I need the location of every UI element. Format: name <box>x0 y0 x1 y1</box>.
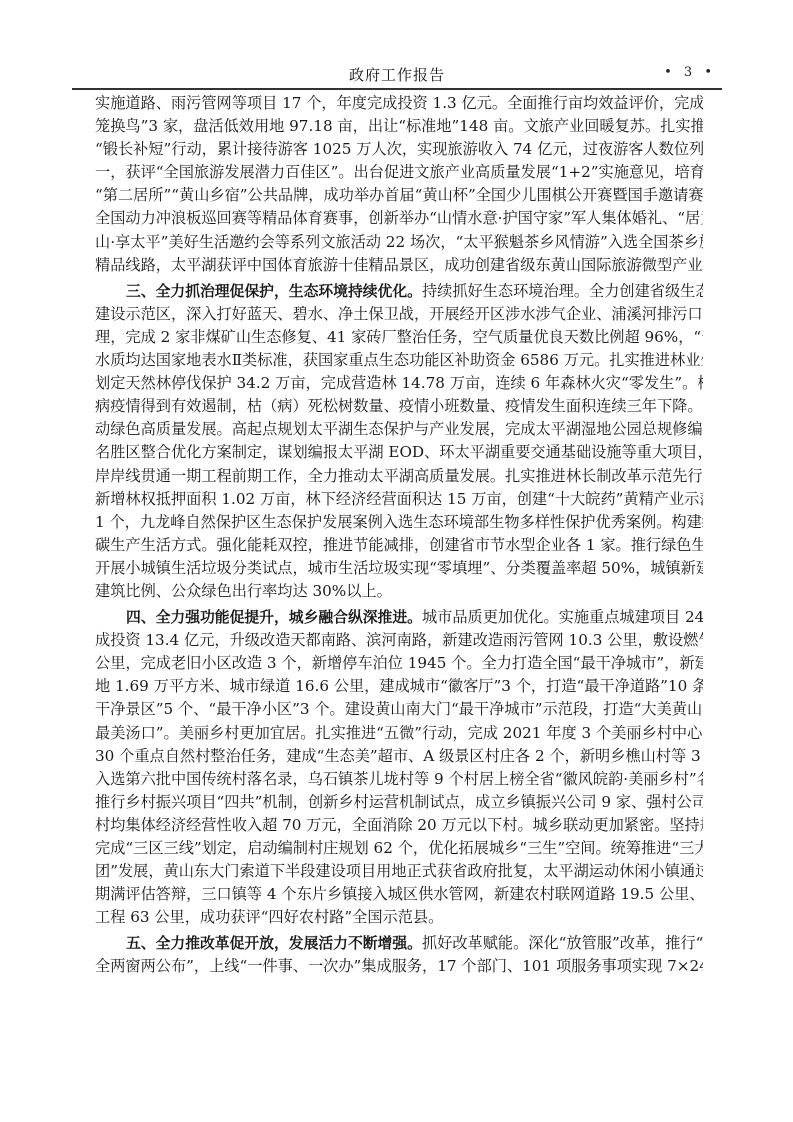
text-line: 1 个，九龙峰自然保护区生态保护发展案例入选生态环境部生物多样性保护优秀案例。构… <box>95 511 703 534</box>
text-line: 团”发展，黄山东大门索道下半段建设项目用地正式获省政府批复，太平湖运动休闲小镇通… <box>95 860 703 883</box>
paragraph-tourism-continuation: 实施道路、雨污管网等项目 17 个，年度完成投资 1.3 亿元。全面推行亩均效益… <box>95 92 703 277</box>
text-line: 理，完成 2 家非煤矿山生态修复、41 家砖厂整治任务，空气质量优良天数比例超 … <box>95 326 703 349</box>
header-title: 政府工作报告 <box>72 64 722 85</box>
text-line: 地 1.69 万平方米、城市绿道 16.6 公里，建成城市“徽客厅”3 个，打造… <box>95 675 703 698</box>
text-line: 30 个重点自然村整治任务，建成“生态美”超市、A 级景区村庄各 2 个，新明乡… <box>95 745 703 768</box>
text-line: 干净景区”5 个、“最干净小区”3 个。建设黄山南大门“最干净城市”示范段，打造… <box>95 698 703 721</box>
text-line: 一，获评“全国旅游发展潜力百佳区”。出台促进文旅产业高质量发展“1+2”实施意见… <box>95 161 703 184</box>
text-run: 抓好改革赋能。深化“放管服”改革，推行“两 <box>422 934 703 952</box>
paragraph-section-5-reform: 五、全力推改革促开放，发展活力不断增强。抓好改革赋能。深化“放管服”改革，推行“… <box>95 932 703 978</box>
text-line: 岸岸线贯通一期工程前期工作，全力推动太平湖高质量发展。扎实推进林长制改革示范先行… <box>95 465 703 488</box>
text-line: 水质均达国家地表水Ⅱ类标准，获国家重点生态功能区补助资金 6586 万元。扎实推… <box>95 349 703 372</box>
text-line: “第二居所”“黄山乡宿”公共品牌，成功举办首届“黄山杯”全国少儿围棋公开赛暨国手… <box>95 184 703 207</box>
text-line: 期满评估答辩，三口镇等 4 个东片乡镇接入城区供水管网，新建农村联网道路 19.… <box>95 883 703 906</box>
text-line: 新增林权抵押面积 1.02 万亩，林下经济经营面积达 15 万亩，创建“十大皖药… <box>95 488 703 511</box>
text-line: 笼换鸟”3 家，盘活低效用地 97.18 亩，出让“标准地”148 亩。文旅产业… <box>95 115 703 138</box>
text-line: 动绿色高质量发展。高起点规划太平湖生态保护与产业发展，完成太平湖湿地公园总规修编… <box>95 418 703 441</box>
page-header: 政府工作报告 • 3 • <box>72 62 722 90</box>
text-line: 实施道路、雨污管网等项目 17 个，年度完成投资 1.3 亿元。全面推行亩均效益… <box>95 92 703 115</box>
text-run: 城市品质更加优化。实施重点城建项目 24 个，完 <box>422 608 703 626</box>
paragraph-section-3-ecology: 三、全力抓治理促保护，生态环境持续优化。持续抓好生态环境治理。全力创建省级生态文… <box>95 280 703 603</box>
text-line: 病疫情得到有效遏制，枯（病）死松树数量、疫情小班数量、疫情发生面积连续三年下降。… <box>95 395 703 418</box>
section-heading: 三、全力抓治理促保护，生态环境持续优化。 <box>126 283 422 300</box>
page-number: • 3 • <box>664 65 716 80</box>
text-line: 入选第六批中国传统村落名录，乌石镇茶儿垅村等 9 个村居上榜全省“徽风皖韵·美丽… <box>95 768 703 791</box>
text-line: 碳生产生活方式。强化能耗双控，推进节能减排，创建省市节水型企业各 1 家。推行绿… <box>95 534 703 557</box>
text-line: 建设示范区，深入打好蓝天、碧水、净土保卫战，开展经开区涉水涉气企业、浦溪河排污口… <box>95 303 703 326</box>
text-line: 工程 63 公里，成功获评“四好农村路”全国示范县。 <box>95 906 703 929</box>
text-line: 名胜区整合优化方案制定，谋划编报太平湖 EOD、环太平湖重要交通基础设施等重大项… <box>95 441 703 464</box>
text-line: 全两窗两公布”，上线“一件事、一次办”集成服务，17 个部门、101 项服务事项… <box>95 955 703 978</box>
text-line: 村均集体经济经营性收入超 70 万元，全面消除 20 万元以下村。城乡联动更加紧… <box>95 814 703 837</box>
text-line: 推行乡村振兴项目“四共”机制，创新乡村运营机制试点，成立乡镇振兴公司 9 家、强… <box>95 791 703 814</box>
text-line: “锻长补短”行动，累计接待游客 1025 万人次，实现旅游收入 74 亿元，过夜… <box>95 138 703 161</box>
text-line: 精品线路，太平湖获评中国体育旅游十佳精品景区，成功创建省级东黄山国际旅游微型产业… <box>95 254 703 277</box>
text-line: 划定天然林停伐保护 34.2 万亩，完成营造林 14.78 万亩，连续 6 年森… <box>95 372 703 395</box>
text-run: 持续抓好生态环境治理。全力创建省级生态文明 <box>422 282 703 300</box>
text-line: 全国动力冲浪板巡回赛等精品体育赛事，创新举办“山情水意·护国守家”军人集体婚礼、… <box>95 207 703 230</box>
paragraph-first-line: 五、全力推改革促开放，发展活力不断增强。抓好改革赋能。深化“放管服”改革，推行“… <box>95 932 703 955</box>
text-line: 建筑比例、公众绿色出行率均达 30%以上。 <box>95 580 703 603</box>
section-heading: 五、全力推改革促开放，发展活力不断增强。 <box>126 935 422 952</box>
text-line: 完成“三区三线”划定，启动编制村庄规划 62 个，优化拓展城乡“三生”空间。统筹… <box>95 837 703 860</box>
text-line: 公里，完成老旧小区改造 3 个，新增停车泊位 1945 个。全力打造全国“最干净… <box>95 652 703 675</box>
body-text: 实施道路、雨污管网等项目 17 个，年度完成投资 1.3 亿元。全面推行亩均效益… <box>95 92 703 979</box>
text-line: 成投资 13.4 亿元，升级改造天都南路、滨河南路，新建改造雨污管网 10.3 … <box>95 629 703 652</box>
text-line: 最美汤口”。美丽乡村更加宜居。扎实推进“五微”行动，完成 2021 年度 3 个… <box>95 722 703 745</box>
text-line: 开展小城镇生活垃圾分类试点，城市生活垃圾实现“零填埋”、分类覆盖率超 50%，城… <box>95 557 703 580</box>
paragraph-first-line: 三、全力抓治理促保护，生态环境持续优化。持续抓好生态环境治理。全力创建省级生态文… <box>95 280 703 303</box>
text-line: 山·享太平”美好生活邀约会等系列文旅活动 22 场次，“太平猴魁茶乡风情游”入选… <box>95 231 703 254</box>
paragraph-section-4-urban-rural: 四、全力强功能促提升，城乡融合纵深推进。城市品质更加优化。实施重点城建项目 24… <box>95 606 703 929</box>
section-heading: 四、全力强功能促提升，城乡融合纵深推进。 <box>126 609 422 626</box>
paragraph-first-line: 四、全力强功能促提升，城乡融合纵深推进。城市品质更加优化。实施重点城建项目 24… <box>95 606 703 629</box>
